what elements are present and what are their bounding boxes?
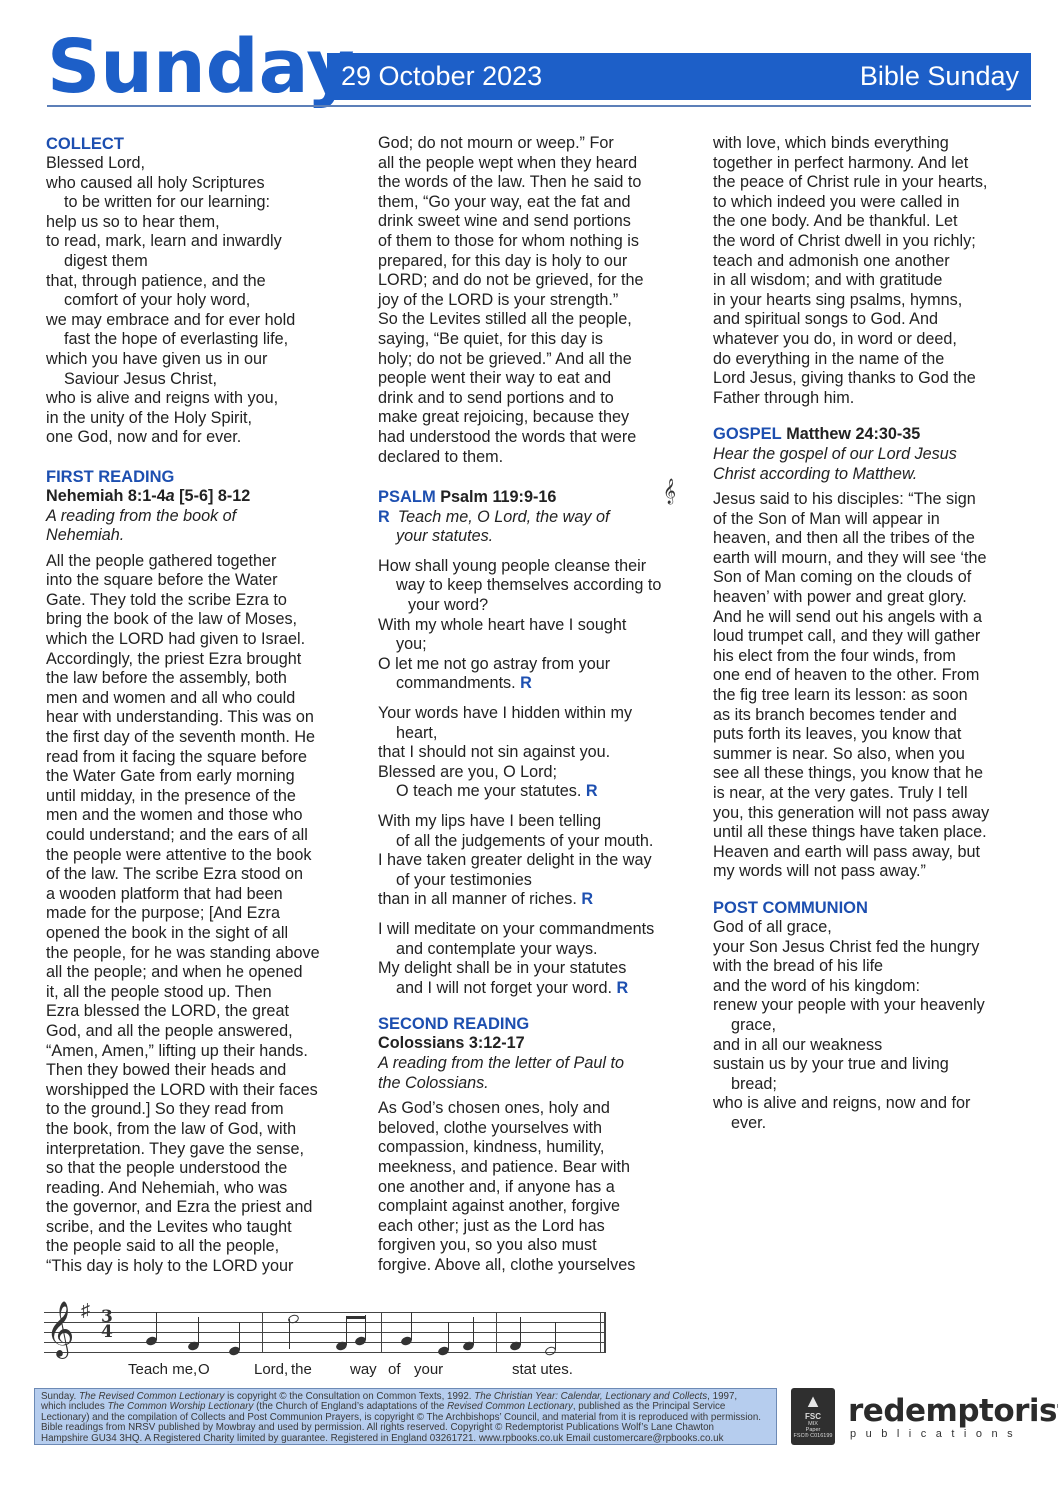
reading-line: men and the women and those who xyxy=(46,806,346,826)
reading-line: Father through him. xyxy=(713,389,1033,409)
lyric: your xyxy=(414,1361,443,1378)
copyright-notice: Sunday. The Revised Common Lectionary is… xyxy=(34,1388,777,1445)
psalm-stanza: How shall young people cleanse theirway … xyxy=(378,557,690,694)
reading-line: holy; do not be grieved.” And all the xyxy=(378,350,690,370)
reading-line: the word of Christ dwell in you richly; xyxy=(713,232,1033,252)
occasion-label: Bible Sunday xyxy=(860,60,1019,92)
column-2: God; do not mourn or weep.” Forall the p… xyxy=(378,134,690,1275)
collect-line: that, through patience, and the xyxy=(46,272,346,292)
psalm-line: Your words have I hidden within my xyxy=(378,704,690,724)
music-staff: 𝄞 ♯ 3 4 Teach me, O Lord, the way of you… xyxy=(40,1300,610,1380)
post-communion-line: and in all our weakness xyxy=(713,1036,1033,1056)
reading-line: whatever you do, in word or deed, xyxy=(713,330,1033,350)
reading-line: the first day of the seventh month. He xyxy=(46,728,346,748)
reading-line: compassion, kindness, humility, xyxy=(378,1138,690,1158)
date-banner: 29 October 2023 Bible Sunday xyxy=(327,53,1031,100)
collect-line: comfort of your holy word, xyxy=(46,291,346,311)
first-reading-body-cont: God; do not mourn or weep.” Forall the p… xyxy=(378,134,690,467)
tree-icon: ▲ xyxy=(791,1388,835,1412)
post-communion-line: bread; xyxy=(713,1075,1033,1095)
second-reading-reference: Colossians 3:12-17 xyxy=(378,1034,690,1054)
reading-line: into the square before the Water xyxy=(46,571,346,591)
reading-line: a wooden platform that had been xyxy=(46,885,346,905)
reading-line: opened the book in the sight of all xyxy=(46,924,346,944)
reading-line: interpretation. They gave the sense, xyxy=(46,1140,346,1160)
reading-line: men and women and all who could xyxy=(46,689,346,709)
reading-line: “This day is holy to the LORD your xyxy=(46,1257,346,1277)
reading-line: make great rejoicing, because they xyxy=(378,408,690,428)
reading-line: of them to those for whom nothing is xyxy=(378,232,690,252)
reading-line: “Amen, Amen,” lifting up their hands. xyxy=(46,1042,346,1062)
treble-clef-icon: 𝄞 xyxy=(663,481,676,501)
psalm-response: RTeach me, O Lord, the way ofyour statut… xyxy=(378,508,690,547)
time-signature: 3 4 xyxy=(101,1310,113,1340)
reading-line: Then they bowed their heads and xyxy=(46,1061,346,1081)
page-header: Sunday 29 October 2023 Bible Sunday xyxy=(0,0,1058,120)
psalm-line: way to keep themselves according to xyxy=(378,576,690,596)
gospel-line: one end of heaven to the other. From xyxy=(713,666,1033,686)
psalm-line: you; xyxy=(378,635,690,655)
intro-line: Nehemiah. xyxy=(46,526,346,546)
post-communion-line: grace, xyxy=(713,1016,1033,1036)
intro-line: Christ according to Matthew. xyxy=(713,465,1033,485)
post-communion-line: ever. xyxy=(713,1114,1033,1134)
gospel-line: summer is near. So also, when you xyxy=(713,745,1033,765)
second-reading-intro: A reading from the letter of Paul tothe … xyxy=(378,1054,690,1093)
gospel-intro: Hear the gospel of our Lord JesusChrist … xyxy=(713,445,1033,484)
collect-line: one God, now and for ever. xyxy=(46,428,346,448)
reading-line: complaint against another, forgive xyxy=(378,1197,690,1217)
reading-line: the people were attentive to the book xyxy=(46,846,346,866)
psalm-line: and contemplate your ways. xyxy=(378,940,690,960)
gospel-header: GOSPEL Matthew 24:30-35 xyxy=(713,424,1033,445)
sharp-icon: ♯ xyxy=(81,1300,90,1321)
reading-line: Accordingly, the priest Ezra brought xyxy=(46,650,346,670)
response-marker: R xyxy=(612,979,628,997)
collect-line: we may embrace and for ever hold xyxy=(46,311,346,331)
date-label: 29 October 2023 xyxy=(341,60,542,92)
gospel-line: Jesus said to his disciples: “The sign xyxy=(713,490,1033,510)
lyric: stat utes. xyxy=(512,1361,573,1378)
response-marker: R xyxy=(581,782,597,800)
publisher-name: redemptorist xyxy=(848,1394,1058,1428)
reading-line: the one body. And be thankful. Let xyxy=(713,212,1033,232)
lyric: way xyxy=(350,1361,377,1378)
psalm-stanza: Your words have I hidden within myheart,… xyxy=(378,704,690,802)
collect-line: Saviour Jesus Christ, xyxy=(46,370,346,390)
reading-line: beloved, clothe yourselves with xyxy=(378,1119,690,1139)
reading-line: prepared, for this day is holy to our xyxy=(378,252,690,272)
psalm-header: PSALM Psalm 119:9-16 𝄞 xyxy=(378,487,690,508)
lyric: O xyxy=(198,1361,210,1378)
post-communion-text: God of all grace,your Son Jesus Christ f… xyxy=(713,918,1033,1134)
gospel-line: my words will not pass away.” xyxy=(713,862,1033,882)
reading-line: LORD; and do not be grieved, for the xyxy=(378,271,690,291)
reading-line: made for the purpose; [And Ezra xyxy=(46,904,346,924)
day-title: Sunday xyxy=(47,22,355,112)
gospel-line: as its branch becomes tender and xyxy=(713,706,1033,726)
reading-line: and spiritual songs to God. And xyxy=(713,310,1033,330)
gospel-line: the fig tree learn its lesson: as soon xyxy=(713,686,1033,706)
reading-line: scribe, and the Levites who taught xyxy=(46,1218,346,1238)
gospel-line: you, this generation will not pass away xyxy=(713,804,1033,824)
reading-line: bring the book of the law of Moses, xyxy=(46,610,346,630)
reading-line: people went their way to eat and xyxy=(378,369,690,389)
reading-line: saying, “Be quiet, for this day is xyxy=(378,330,690,350)
gospel-reference: Matthew 24:30-35 xyxy=(786,425,920,443)
gospel-line: until all these things have taken place. xyxy=(713,823,1033,843)
reading-line: which the LORD had given to Israel. xyxy=(46,630,346,650)
reading-line: the peace of Christ rule in your hearts, xyxy=(713,173,1033,193)
reading-line: until midday, in the presence of the xyxy=(46,787,346,807)
reading-line: the book, from the law of God, with xyxy=(46,1120,346,1140)
reading-line: the people, for he was standing above xyxy=(46,944,346,964)
second-reading-body: As God’s chosen ones, holy andbeloved, c… xyxy=(378,1099,690,1275)
psalm-line: heart, xyxy=(378,724,690,744)
reading-line: could understand; and the ears of all xyxy=(46,826,346,846)
reading-line: with love, which binds everything xyxy=(713,134,1033,154)
reading-line: reading. And Nehemiah, who was xyxy=(46,1179,346,1199)
collect-line: in the unity of the Holy Spirit, xyxy=(46,409,346,429)
publisher-logo: redemptorist publications xyxy=(848,1394,1058,1440)
psalm-line: than in all manner of riches. R xyxy=(378,890,690,910)
response-marker: R xyxy=(378,508,390,526)
intro-line: A reading from the letter of Paul to xyxy=(378,1054,690,1074)
gospel-line: puts forth its leaves, you know that xyxy=(713,725,1033,745)
collect-line: fast the hope of everlasting life, xyxy=(46,330,346,350)
collect-line: to read, mark, learn and inwardly xyxy=(46,232,346,252)
gospel-line: earth will mourn, and they will see ‘the xyxy=(713,549,1033,569)
collect-text: Blessed Lord,who caused all holy Scriptu… xyxy=(46,154,346,448)
gospel-line: his elect from the four winds, from xyxy=(713,647,1033,667)
reading-line: God; do not mourn or weep.” For xyxy=(378,134,690,154)
collect-line: to be written for our learning: xyxy=(46,193,346,213)
copyright-line: Hampshire GU34 3HQ. A Registered Charity… xyxy=(41,1434,770,1444)
reading-line: had understood the words that were xyxy=(378,428,690,448)
reading-line: the people said to all the people, xyxy=(46,1237,346,1257)
reading-line: it, all the people stood up. Then xyxy=(46,983,346,1003)
psalm-line: How shall young people cleanse their xyxy=(378,557,690,577)
second-reading-body-cont: with love, which binds everythingtogethe… xyxy=(713,134,1033,408)
psalm-line: and I will not forget your word. R xyxy=(378,979,690,999)
reading-line: As God’s chosen ones, holy and xyxy=(378,1099,690,1119)
response-marker: R xyxy=(577,890,593,908)
psalm-line: of all the judgements of your mouth. xyxy=(378,832,690,852)
collect-title: COLLECT xyxy=(46,134,346,154)
gospel-line: of the Son of Man will appear in xyxy=(713,510,1033,530)
gospel-line: And he will send out his angels with a xyxy=(713,608,1033,628)
reading-line: read from it facing the square before xyxy=(46,748,346,768)
reading-line: So the Levites stilled all the people, xyxy=(378,310,690,330)
reading-line: the words of the law. Then he said to xyxy=(378,173,690,193)
reading-line: Gate. They told the scribe Ezra to xyxy=(46,591,346,611)
reading-line: the governor, and Ezra the priest and xyxy=(46,1198,346,1218)
reading-line: God, and all the people answered, xyxy=(46,1022,346,1042)
lyric: the xyxy=(291,1361,312,1378)
gospel-body: Jesus said to his disciples: “The signof… xyxy=(713,490,1033,882)
reading-line: Lord Jesus, giving thanks to God the xyxy=(713,369,1033,389)
post-communion-line: and the word of his kingdom: xyxy=(713,977,1033,997)
psalm-line: With my whole heart have I sought xyxy=(378,616,690,636)
gospel-line: loud trumpet call, and they will gather xyxy=(713,627,1033,647)
collect-line: digest them xyxy=(46,252,346,272)
post-communion-line: sustain us by your true and living xyxy=(713,1055,1033,1075)
gospel-line: heaven’ with power and great glory. xyxy=(713,588,1033,608)
reading-line: teach and admonish one another xyxy=(713,252,1033,272)
gospel-line: see all these things, you know that he xyxy=(713,764,1033,784)
reading-line: the Water Gate from early morning xyxy=(46,767,346,787)
reading-line: do everything in the name of the xyxy=(713,350,1033,370)
lyric: Lord, xyxy=(254,1361,288,1378)
reading-line: all the people wept when they heard xyxy=(378,154,690,174)
reading-line: of the law. The scribe Ezra stood on xyxy=(46,865,346,885)
reading-line: so that the people understood the xyxy=(46,1159,346,1179)
response-marker: R xyxy=(516,674,532,692)
psalm-stanzas: How shall young people cleanse theirway … xyxy=(378,557,690,998)
psalm-stanza: With my lips have I been tellingof all t… xyxy=(378,812,690,910)
reading-line: All the people gathered together xyxy=(46,552,346,572)
psalm-reference: Psalm 119:9-16 xyxy=(440,488,556,506)
psalm-line: My delight shall be in your statutes xyxy=(378,959,690,979)
column-3: with love, which binds everythingtogethe… xyxy=(713,134,1033,1134)
reading-line: in all wisdom; and with gratitude xyxy=(713,271,1033,291)
post-communion-line: God of all grace, xyxy=(713,918,1033,938)
header-divider xyxy=(47,105,1031,107)
reading-line: declared to them. xyxy=(378,448,690,468)
psalm-line: O let me not go astray from your xyxy=(378,655,690,675)
reading-line: the law before the assembly, both xyxy=(46,669,346,689)
response-line: your statutes. xyxy=(378,527,690,547)
reading-line: together in perfect harmony. And let xyxy=(713,154,1033,174)
psalm-line: With my lips have I been telling xyxy=(378,812,690,832)
intro-line: the Colossians. xyxy=(378,1074,690,1094)
psalm-line: your word? xyxy=(378,596,690,616)
psalm-line: I will meditate on your commandments xyxy=(378,920,690,940)
psalm-title: PSALM xyxy=(378,488,436,506)
reading-line: all the people; and when he opened xyxy=(46,963,346,983)
gospel-line: heaven, and then all the tribes of the xyxy=(713,529,1033,549)
post-communion-line: with the bread of his life xyxy=(713,957,1033,977)
psalm-line: I have taken greater delight in the way xyxy=(378,851,690,871)
collect-line: Blessed Lord, xyxy=(46,154,346,174)
gospel-line: Heaven and earth will pass away, but xyxy=(713,843,1033,863)
reading-line: drink sweet wine and send portions xyxy=(378,212,690,232)
reading-line: worshipped the LORD with their faces xyxy=(46,1081,346,1101)
gospel-title: GOSPEL xyxy=(713,425,782,443)
reading-line: drink and to send portions and to xyxy=(378,389,690,409)
second-reading-title: SECOND READING xyxy=(378,1014,690,1034)
reading-line: forgiven you, so you also must xyxy=(378,1236,690,1256)
post-communion-line: who is alive and reigns, now and for xyxy=(713,1094,1033,1114)
first-reading-reference: Nehemiah 8:1-4a [5-6] 8-12 xyxy=(46,487,346,507)
post-communion-line: renew your people with your heavenly xyxy=(713,996,1033,1016)
intro-line: A reading from the book of xyxy=(46,507,346,527)
psalm-line: commandments. R xyxy=(378,674,690,694)
post-communion-line: your Son Jesus Christ fed the hungry xyxy=(713,938,1033,958)
collect-line: who is alive and reigns with you, xyxy=(46,389,346,409)
collect-line: who caused all holy Scriptures xyxy=(46,174,346,194)
gospel-line: is near, at the very gates. Truly I tell xyxy=(713,784,1033,804)
gospel-line: Son of Man coming on the clouds of xyxy=(713,568,1033,588)
reading-line: each other; just as the Lord has xyxy=(378,1217,690,1237)
reading-line: forgive. Above all, clothe yourselves xyxy=(378,1256,690,1276)
lyric: of xyxy=(388,1361,401,1378)
column-1: COLLECT Blessed Lord,who caused all holy… xyxy=(46,134,346,1277)
first-reading-body: All the people gathered togetherinto the… xyxy=(46,552,346,1277)
reading-line: Ezra blessed the LORD, the great xyxy=(46,1002,346,1022)
lyric: Teach me, xyxy=(128,1361,197,1378)
first-reading-intro: A reading from the book ofNehemiah. xyxy=(46,507,346,546)
psalm-line: Blessed are you, O Lord; xyxy=(378,763,690,783)
reading-line: meekness, and patience. Bear with xyxy=(378,1158,690,1178)
collect-line: help us so to hear them, xyxy=(46,213,346,233)
intro-line: Hear the gospel of our Lord Jesus xyxy=(713,445,1033,465)
psalm-line: that I should not sin against you. xyxy=(378,743,690,763)
psalm-line: of your testimonies xyxy=(378,871,690,891)
publisher-subtitle: publications xyxy=(848,1428,1058,1440)
post-communion-title: POST COMMUNION xyxy=(713,898,1033,918)
reading-line: in your hearts sing psalms, hymns, xyxy=(713,291,1033,311)
treble-clef-icon: 𝄞 xyxy=(46,1300,74,1360)
reading-line: joy of the LORD is your strength.” xyxy=(378,291,690,311)
psalm-stanza: I will meditate on your commandmentsand … xyxy=(378,920,690,998)
reading-line: one another and, if anyone has a xyxy=(378,1178,690,1198)
first-reading-title: FIRST READING xyxy=(46,467,346,487)
psalm-line: O teach me your statutes. R xyxy=(378,782,690,802)
reading-line: hear with understanding. This was on xyxy=(46,708,346,728)
fsc-logo: ▲ FSC MIX Paper FSC® C016199 xyxy=(791,1388,835,1445)
response-line: RTeach me, O Lord, the way of xyxy=(378,508,690,528)
reading-line: to which indeed you were called in xyxy=(713,193,1033,213)
reading-line: to the ground.] So they read from xyxy=(46,1100,346,1120)
reading-line: them, “Go your way, eat the fat and xyxy=(378,193,690,213)
collect-line: which you have given us in our xyxy=(46,350,346,370)
